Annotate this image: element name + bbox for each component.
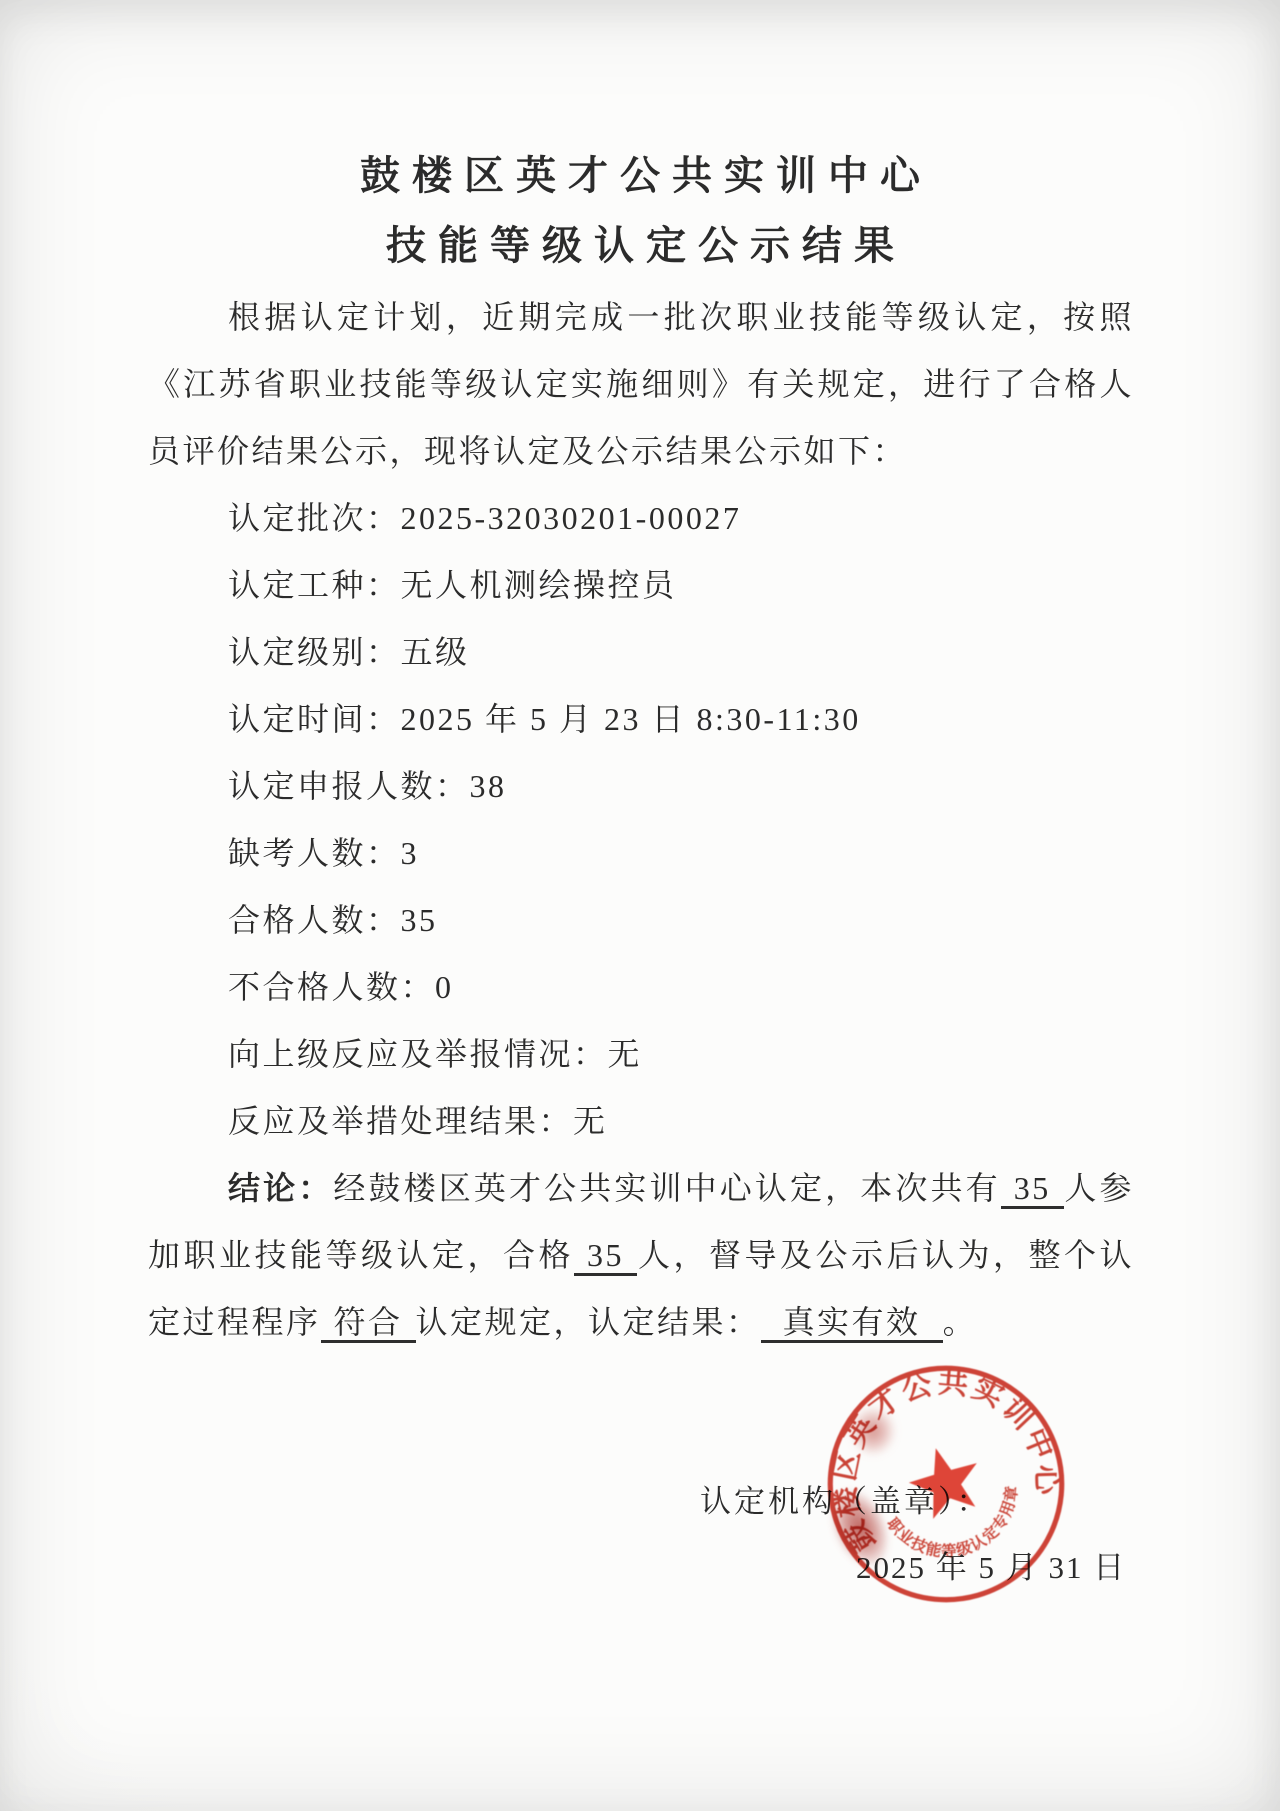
- underlined-value: 35: [1001, 1170, 1064, 1209]
- conclusion-text: 认定规定，认定结果：: [416, 1304, 761, 1340]
- conclusion-text: 人参: [1064, 1170, 1134, 1206]
- document-header: 鼓楼区英才公共实训中心 技能等级认定公示结果: [0, 152, 1280, 270]
- conclusion-line: 加职业技能等级认定，合格35人，督导及公示后认为，整个认: [148, 1222, 1134, 1289]
- star-icon: [902, 1439, 988, 1523]
- conclusion-text: 经鼓楼区英才公共实训中心认定，本次共有: [333, 1170, 1000, 1206]
- underlined-value: 符合: [321, 1304, 416, 1343]
- notice-line-passed: 合格人数：35: [148, 887, 1134, 954]
- underlined-value: 真实有效: [761, 1304, 943, 1343]
- page-title: 鼓楼区英才公共实训中心: [0, 152, 1280, 200]
- official-seal: 鼓楼区英才公共实训中心 职业技能等级认定专用章: [822, 1360, 1070, 1608]
- document-page: 鼓楼区英才公共实训中心 技能等级认定公示结果 根据认定计划，近期完成一批次职业技…: [0, 0, 1280, 1811]
- intro-line: 根据认定计划，近期完成一批次职业技能等级认定，按照: [148, 284, 1134, 351]
- document-body: 根据认定计划，近期完成一批次职业技能等级认定，按照 《江苏省职业技能等级认定实施…: [148, 284, 1134, 1356]
- notice-line-occupation: 认定工种：无人机测绘操控员: [148, 552, 1134, 619]
- notice-line-reports: 向上级反应及举报情况：无: [148, 1021, 1134, 1088]
- intro-line: 《江苏省职业技能等级认定实施细则》有关规定，进行了合格人: [148, 351, 1134, 418]
- notice-line-time: 认定时间：2025 年 5 月 23 日 8:30-11:30: [148, 686, 1134, 753]
- notice-line-batch: 认定批次：2025-32030201-00027: [148, 485, 1134, 552]
- notice-line-handling: 反应及举措处理结果：无: [148, 1088, 1134, 1155]
- conclusion-text: 加职业技能等级认定，合格: [148, 1237, 574, 1273]
- conclusion-text: 人，督导及公示后认为，整个认: [637, 1237, 1134, 1273]
- conclusion-text: 定过程程序: [148, 1304, 321, 1340]
- conclusion-line: 结论：经鼓楼区英才公共实训中心认定，本次共有35人参: [148, 1155, 1134, 1222]
- conclusion-text: 。: [943, 1304, 978, 1340]
- notice-line-applicants: 认定申报人数：38: [148, 753, 1134, 820]
- notice-line-level: 认定级别：五级: [148, 619, 1134, 686]
- conclusion-label: 结论：: [228, 1170, 333, 1206]
- notice-line-absent: 缺考人数：3: [148, 820, 1134, 887]
- underlined-value: 35: [574, 1237, 637, 1276]
- notice-line-failed: 不合格人数：0: [148, 954, 1134, 1021]
- page-subtitle: 技能等级认定公示结果: [0, 222, 1280, 270]
- intro-line: 员评价结果公示，现将认定及公示结果公示如下：: [148, 418, 1134, 485]
